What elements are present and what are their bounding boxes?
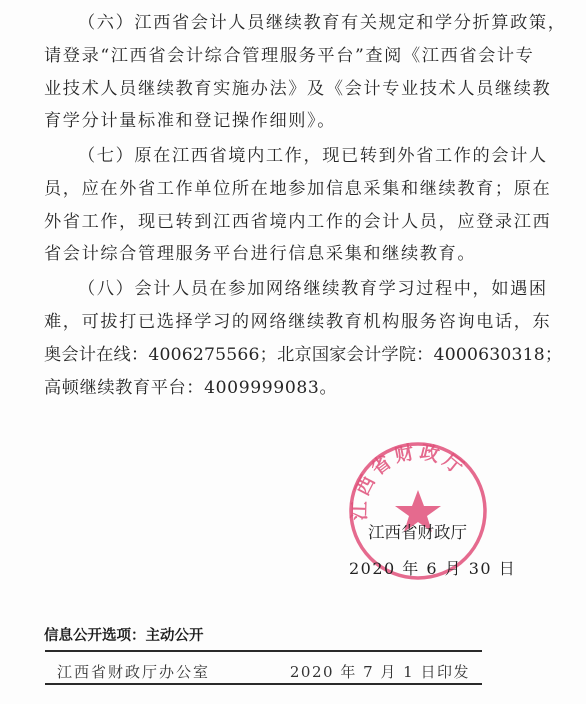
signature-organization: 江西省财政厅 [368,519,467,543]
paragraph-7-line-2: 员，应在外省工作单位所在地参加信息采集和继续教育；原在 [44,178,484,200]
document-page: （六）江西省会计人员继续教育有关规定和学分折算政策， 请登录“江西省会计综合管理… [0,0,586,704]
footer-issuer: 江西省财政厅办公室 [57,661,210,682]
paragraph-6-line-1: （六）江西省会计人员继续教育有关规定和学分折算政策， [78,12,484,34]
paragraph-7-line-3: 外省工作，现已转到江西省境内工作的会计人员，应登录江西 [44,211,484,233]
footer-issued-date: 2020 年 7 月 1 日印发 [290,661,470,682]
paragraph-8-line-1: （八）会计人员在参加网络继续教育学习过程中，如遇困 [78,278,484,300]
paragraph-7-line-4: 省会计综合管理服务平台进行信息采集和继续教育。 [44,243,484,265]
paragraph-6-line-3: 业技术人员继续教育实施办法》及《会计专业技术人员继续教 [44,78,484,100]
disclosure-option: 信息公开选项：主动公开 [44,624,204,645]
footer-top-rule [45,650,482,652]
footer-bottom-rule [45,683,482,685]
paragraph-6-line-4: 育学分计量标准和登记操作细则》。 [44,110,484,132]
paragraph-8-line-3: 奥会计在线：4006275566；北京国家会计学院：4000630318； [44,344,484,366]
paragraph-8-line-4: 高顿继续教育平台：4009999083。 [44,377,484,399]
signature-date: 2020 年 6 月 30 日 [349,556,516,579]
paragraph-8-line-2: 难，可拔打已选择学习的网络继续教育机构服务咨询电话，东 [44,311,484,333]
paragraph-6-line-2: 请登录“江西省会计综合管理服务平台”查阅《江西省会计专 [44,45,484,67]
paragraph-7-line-1: （七）原在江西省境内工作，现已转到外省工作的会计人 [78,145,484,167]
